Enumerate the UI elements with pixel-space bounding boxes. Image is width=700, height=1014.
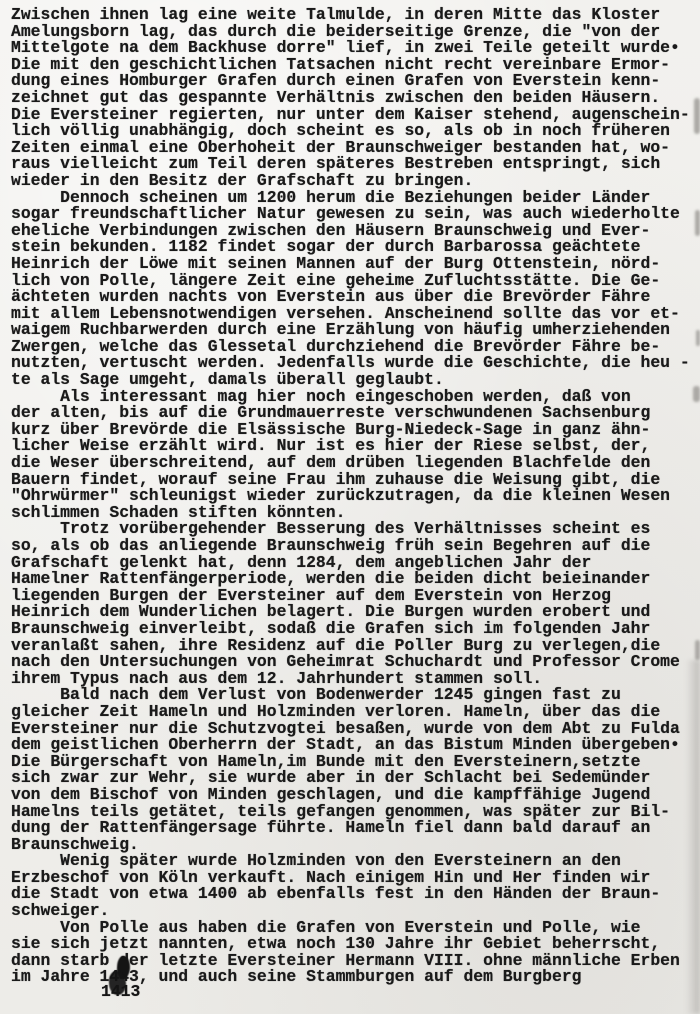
scan-edge-artifact bbox=[695, 640, 700, 660]
paragraph: Bald nach dem Verlust von Bodenwerder 12… bbox=[11, 687, 700, 853]
paragraph: Zwischen ihnen lag eine weite Talmulde, … bbox=[11, 7, 700, 190]
paragraph: Dennoch scheinen um 1200 herum die Bezie… bbox=[11, 190, 700, 389]
scan-edge-shadow bbox=[686, 660, 700, 1014]
text-line: Heinrich der Löwe mit seinen Mannen auf … bbox=[11, 256, 700, 273]
scan-edge-artifact bbox=[693, 386, 700, 402]
paragraph: Trotz vorübergehender Besserung des Verh… bbox=[11, 521, 700, 687]
scan-edge-artifact bbox=[696, 330, 700, 346]
text-line: die Stadt von etwa 1400 ab ebenfalls fes… bbox=[11, 886, 700, 903]
paragraph: Wenig später wurde Holzminden von den Ev… bbox=[11, 853, 700, 919]
scanned-typewritten-page: Zwischen ihnen lag eine weite Talmulde, … bbox=[0, 0, 700, 1014]
scan-edge-artifact bbox=[694, 98, 700, 134]
document-text: Zwischen ihnen lag eine weite Talmulde, … bbox=[11, 7, 700, 986]
text-line: von dem Bischof von Minden geschlagen, u… bbox=[11, 787, 700, 804]
paragraph: Als interessant mag hier noch eingeschob… bbox=[11, 389, 700, 522]
scan-edge-artifact bbox=[695, 210, 700, 236]
